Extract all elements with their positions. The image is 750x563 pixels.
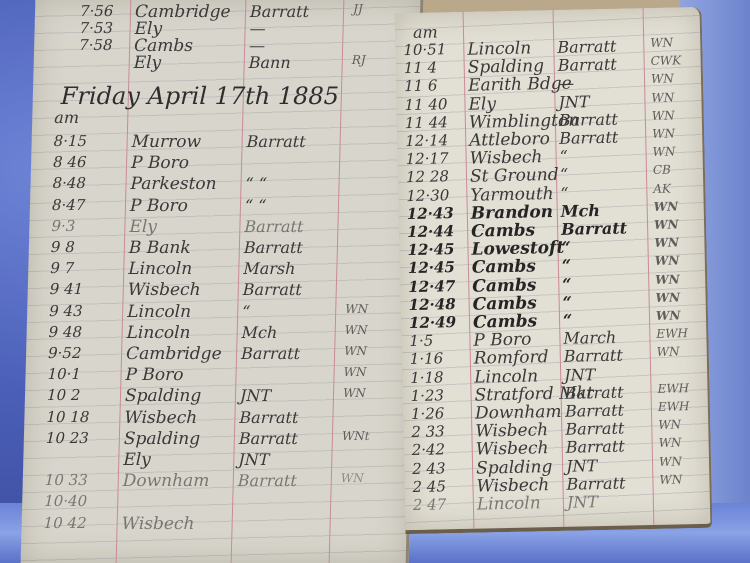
entry-agent: “ xyxy=(559,147,568,166)
ledger-row: 10·40 xyxy=(22,492,408,512)
entry-agent: Barratt xyxy=(559,128,618,148)
entry-agent: Barratt xyxy=(557,37,616,57)
entry-time: 2 33 xyxy=(411,423,445,442)
entry-place: P Boro xyxy=(131,153,189,173)
entry-time: 9 43 xyxy=(49,302,83,320)
entry-agent: JNT xyxy=(240,386,272,405)
entry-time: 11 44 xyxy=(405,113,448,132)
ledger-right-page: am 10·51LincolnBarrattWN11 4SpaldingBarr… xyxy=(395,7,713,534)
entry-initials: WN xyxy=(656,308,681,323)
ledger-row: 9 41WisbechBarratt xyxy=(28,280,414,300)
entry-place: P Boro xyxy=(125,365,183,385)
entry-place: P Boro xyxy=(130,196,188,216)
entry-time: 12·43 xyxy=(407,204,454,223)
entry-agent: Barratt xyxy=(239,429,298,448)
entry-initials: WN xyxy=(659,472,682,486)
entry-initials: EWH xyxy=(656,326,688,341)
entry-initials: CB xyxy=(653,163,671,177)
entry-agent: Barratt xyxy=(243,280,302,299)
entry-agent: “ xyxy=(563,311,573,330)
ledger-row: 9 48LincolnMchWN xyxy=(26,323,412,343)
page-heading-date: Friday April 17th 1885 xyxy=(60,82,339,110)
entry-initials: WN xyxy=(344,344,367,358)
entry-time: 12·47 xyxy=(408,277,455,296)
entry-time: 10 42 xyxy=(43,514,86,532)
entry-agent: March xyxy=(563,328,616,348)
entry-time: 9·52 xyxy=(48,344,82,362)
entry-place: Parkeston xyxy=(130,174,217,194)
right-entries: 10·51LincolnBarrattWN11 4SpaldingBarratt… xyxy=(395,7,711,530)
ledger-row: 10 33DownhamBarrattWN xyxy=(23,471,409,491)
ledger-row: 9 43Lincoln“WN xyxy=(27,302,413,322)
entry-time: 8 46 xyxy=(53,153,87,171)
entry-time: 10 23 xyxy=(46,429,89,447)
entry-initials: WN xyxy=(651,90,674,104)
entry-time: 10·1 xyxy=(47,365,81,383)
entry-initials: WN xyxy=(655,290,680,305)
entry-time: 2 47 xyxy=(413,495,447,514)
entry-initials: WN xyxy=(345,323,368,337)
entry-agent: Mch xyxy=(241,323,277,342)
entry-agent: “ xyxy=(560,183,569,202)
entry-place: Lincoln xyxy=(126,323,190,343)
entry-agent: JNT xyxy=(566,456,597,476)
entry-initials: WN xyxy=(654,236,679,251)
entry-place: Murrow xyxy=(131,132,201,152)
entry-time: 1·5 xyxy=(409,332,433,350)
entry-place: Downham xyxy=(123,471,210,491)
entry-time: 10·40 xyxy=(44,492,87,510)
ledger-row: 10 18WisbechBarratt xyxy=(24,408,410,428)
entry-time: 8·15 xyxy=(53,132,87,150)
entry-agent: Mch xyxy=(561,201,600,221)
ledger-row: 10 42Wisbech xyxy=(21,514,407,534)
entry-time: 10 2 xyxy=(47,386,81,404)
entry-time: 9 7 xyxy=(50,259,74,277)
entry-initials: WN xyxy=(651,72,674,86)
entry-initials: WN xyxy=(343,365,366,379)
entry-place: Lincoln xyxy=(128,259,192,279)
entry-initials: WN xyxy=(650,35,673,49)
entry-agent: JNT xyxy=(564,365,595,385)
entry-initials: WN xyxy=(652,145,675,159)
entry-initials: WN xyxy=(654,199,679,214)
entry-agent: Barratt xyxy=(561,218,627,238)
entry-agent: Barratt xyxy=(564,346,623,366)
entry-agent: Barratt xyxy=(244,238,303,257)
entry-initials: CWK xyxy=(650,53,681,68)
ledger-row: 9·3ElyBarratt xyxy=(29,217,415,237)
entry-time: 11 6 xyxy=(404,77,438,96)
ledger-row: 9 7LincolnMarsh xyxy=(28,259,414,279)
entry-initials: WN xyxy=(658,418,681,432)
entry-agent: Barratt xyxy=(558,55,617,75)
entry-agent: Barratt xyxy=(565,419,624,439)
entry-time: 12·30 xyxy=(406,186,449,205)
entry-agent: Marsh xyxy=(243,259,296,278)
entry-agent: Barratt xyxy=(238,471,297,490)
entry-agent: “ xyxy=(560,165,569,184)
entry-initials: WNt xyxy=(342,429,370,443)
entry-time: 9 8 xyxy=(51,238,75,256)
ledger-row: 9·52CambridgeBarrattWN xyxy=(26,344,412,364)
entry-agent: Bann xyxy=(248,53,290,72)
entry-initials: WN xyxy=(655,272,680,287)
entry-initials: AK xyxy=(653,181,671,195)
entry-place: Spalding xyxy=(125,386,202,406)
entry-agent: “ xyxy=(562,274,572,293)
entry-initials: WN xyxy=(658,436,681,450)
ledger-row: 10 2SpaldingJNTWN xyxy=(25,386,411,406)
entry-initials: WN xyxy=(654,217,679,232)
entry-agent: Barratt xyxy=(559,109,618,129)
entry-initials: RJ xyxy=(352,53,366,67)
entry-initials: JJ xyxy=(353,2,363,16)
entry-agent: Barratt xyxy=(566,473,625,493)
entry-agent: Barratt xyxy=(241,344,300,363)
entry-time: 12·45 xyxy=(407,240,454,259)
entry-time: 11 40 xyxy=(404,95,447,114)
entry-time: 2·42 xyxy=(412,441,446,460)
entry-time: 12·44 xyxy=(407,222,454,241)
entry-time: 11 4 xyxy=(404,59,438,78)
entry-time: 12·49 xyxy=(409,313,456,332)
entry-time: 1·18 xyxy=(410,368,444,387)
entry-place: Spalding xyxy=(124,429,201,449)
ledger-row: 8·48Parkeston“ “ xyxy=(30,174,416,194)
ledger-row: 8·47P Boro“ “ xyxy=(30,196,416,216)
ledger-row: ElyJNT xyxy=(23,450,409,470)
entry-initials: WN xyxy=(343,386,366,400)
entry-initials: WN xyxy=(657,345,680,359)
entry-initials: WN xyxy=(345,302,368,316)
entry-place: Cambridge xyxy=(126,344,222,364)
entry-time: 9·3 xyxy=(51,217,75,235)
entry-agent: Barratt xyxy=(244,217,303,236)
entry-agent: JNT xyxy=(238,450,270,469)
entry-agent: “ xyxy=(561,238,571,257)
entry-place: Ely xyxy=(133,53,161,73)
entry-agent: Barratt xyxy=(564,382,623,402)
entry-time: 7·53 xyxy=(79,19,113,37)
ledger-row: ElyBannRJ xyxy=(33,53,419,73)
entry-initials: EWH xyxy=(657,381,689,396)
entry-time: 1·23 xyxy=(410,386,444,405)
ledger-row: 9 8B BankBarratt xyxy=(29,238,415,258)
entry-time: 7·58 xyxy=(79,36,113,54)
entry-time: 12·14 xyxy=(405,131,448,150)
ledger-row: 8 46P Boro xyxy=(31,153,417,173)
entry-place: Ely xyxy=(123,450,151,470)
entry-time: 2 45 xyxy=(412,477,446,496)
entry-time: 8·47 xyxy=(52,196,86,214)
entry-initials: EWH xyxy=(658,399,690,414)
entry-agent: — xyxy=(558,74,574,93)
entry-time: 10 18 xyxy=(46,408,89,426)
entry-initials: WN xyxy=(659,454,682,468)
entry-time: 9 48 xyxy=(48,323,82,341)
entry-agent: Barratt xyxy=(246,132,305,151)
ledger-row: 8·15MurrowBarratt xyxy=(31,132,417,152)
entry-agent: Barratt xyxy=(565,401,624,421)
ledger-row: 10·1P BoroWN xyxy=(25,365,411,385)
entry-time: 9 41 xyxy=(50,280,84,298)
entry-place: Ely xyxy=(129,217,157,237)
entry-agent: JNT xyxy=(558,92,589,112)
entry-time: 2 43 xyxy=(412,459,446,478)
entry-place: Lincoln xyxy=(127,302,191,322)
entry-agent: “ “ xyxy=(245,174,267,193)
ledger-row: 10 23SpaldingBarrattWNt xyxy=(24,429,410,449)
entry-initials: WN xyxy=(652,108,675,122)
entry-place: Wisbech xyxy=(121,514,194,534)
entry-time: 12·48 xyxy=(408,295,455,314)
ledger-left-page: 7·56CambridgeBarrattJJ7·53Ely—7·58Cambs—… xyxy=(21,0,424,563)
entry-agent: “ xyxy=(562,256,572,275)
entry-agent: Barratt xyxy=(239,408,298,427)
entry-time: 1·16 xyxy=(410,350,444,369)
entry-time: 1·26 xyxy=(411,404,445,423)
entry-agent: “ xyxy=(562,292,572,311)
entry-place: B Bank xyxy=(129,238,191,258)
entry-time: 8·48 xyxy=(52,174,86,192)
ampm-label: am xyxy=(54,108,79,127)
entry-time: 10 33 xyxy=(45,471,88,489)
entry-initials: WN xyxy=(655,254,680,269)
entry-agent: JNT xyxy=(567,492,598,512)
entry-time: 7·56 xyxy=(80,2,114,20)
entry-agent: “ “ xyxy=(245,196,267,215)
entry-agent: Barratt xyxy=(566,437,625,457)
entry-initials: WN xyxy=(341,471,364,485)
entry-time: 10·51 xyxy=(403,40,446,59)
entry-place: Lincoln xyxy=(477,493,541,514)
entry-initials: WN xyxy=(652,126,675,140)
entry-agent: “ xyxy=(242,302,251,321)
entry-time: 12 28 xyxy=(406,168,449,187)
entry-place: Wisbech xyxy=(128,280,201,300)
entry-time: 12·17 xyxy=(405,149,448,168)
entry-time: 12·45 xyxy=(408,258,455,277)
entry-place: Wisbech xyxy=(124,408,197,428)
